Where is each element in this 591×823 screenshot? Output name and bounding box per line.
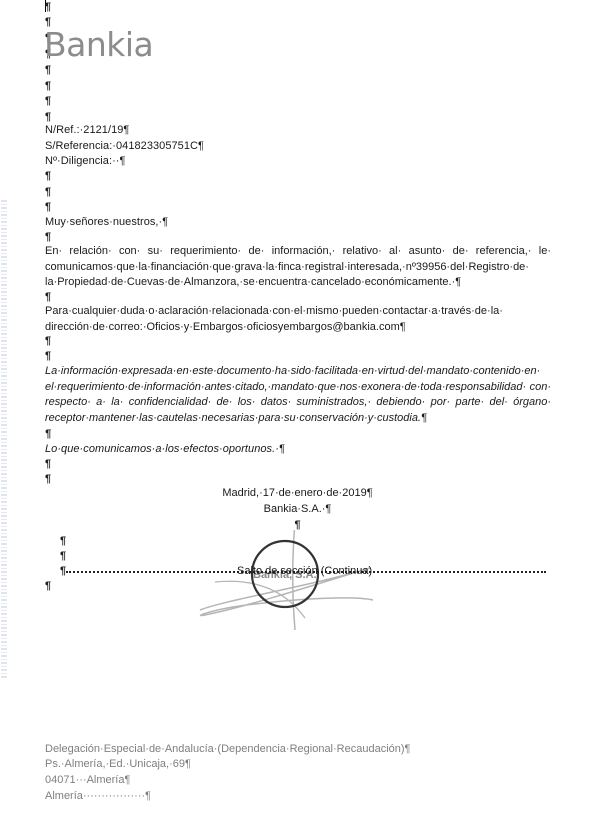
empty-paragraph[interactable]: ¶ [45, 579, 51, 594]
empty-paragraph[interactable]: ¶ [45, 94, 51, 109]
footer-delegation[interactable]: Delegación·Especial·de·Andalucía·(Depend… [45, 742, 410, 758]
empty-paragraph[interactable]: ¶ [45, 185, 51, 200]
empty-paragraph[interactable]: ¶ [45, 427, 51, 442]
empty-paragraph[interactable]: ¶ [45, 349, 51, 364]
footer-city[interactable]: Almería·················¶ [45, 789, 151, 805]
empty-paragraph[interactable]: ¶ [60, 534, 66, 549]
footer-address[interactable]: Ps.·Almería,·Ed.·Unicaja,·69¶ [45, 757, 191, 773]
body-paragraph-contact[interactable]: Para·cualquier·duda·o·aclaración·relacio… [45, 304, 551, 335]
empty-paragraph[interactable]: ¶ [45, 457, 51, 472]
empty-paragraph[interactable]: ¶ [60, 549, 66, 564]
your-reference[interactable]: S/Referencia:·041823305751C¶ [45, 139, 204, 154]
document-page[interactable]: ¶ ¶ ¶ ¶ ¶ ¶ ¶ ¶ Bankia N/Ref.:·2121/19¶ … [0, 0, 591, 823]
body-paragraph-response[interactable]: En· relación· con· su· requerimiento· de… [45, 244, 551, 291]
place-date[interactable]: Madrid,·17·de·enero·de·2019¶ [0, 486, 591, 502]
empty-paragraph[interactable]: ¶ [45, 0, 51, 15]
registry-margin-stamp [1, 200, 7, 680]
confidentiality-paragraph[interactable]: La·información·expresada·en·este·documen… [45, 364, 551, 426]
bankia-logo: Bankia [44, 28, 153, 62]
empty-paragraph[interactable]: ¶ [45, 169, 51, 184]
empty-paragraph[interactable]: ¶ [45, 472, 51, 487]
signatory-name[interactable]: Bankia·S.A.·¶ [0, 502, 591, 518]
salutation[interactable]: Muy·señores·nuestros,·¶ [45, 215, 168, 230]
section-break-continuous: Salto de sección (Continua) [66, 565, 546, 579]
empty-paragraph[interactable]: ¶ [45, 79, 51, 94]
empty-paragraph[interactable]: ¶ [45, 63, 51, 78]
empty-paragraph[interactable]: ¶ [45, 334, 51, 349]
our-reference[interactable]: N/Ref.:·2121/19¶ [45, 123, 129, 138]
empty-paragraph[interactable]: ¶ [45, 290, 51, 305]
empty-paragraph[interactable]: ¶ [45, 230, 51, 245]
section-break-label: Salto de sección (Continua) [236, 564, 373, 578]
footer-postal-code[interactable]: 04071···Almería¶ [45, 773, 130, 789]
closing-line[interactable]: Lo·que·comunicamos·a·los·efectos·oportun… [45, 442, 285, 457]
diligence-number[interactable]: Nº·Diligencia:··¶ [45, 154, 125, 169]
empty-paragraph[interactable]: ¶ [45, 200, 51, 215]
